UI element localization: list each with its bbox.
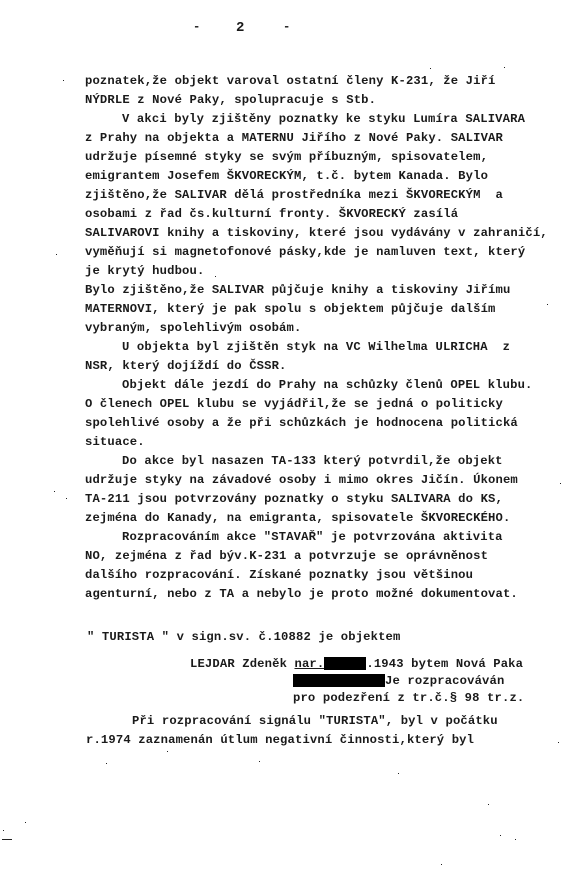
text-line: zejména do Kanady, na emigranta, spisova… [85, 509, 510, 527]
redaction-birthdate [324, 657, 366, 670]
subject-residence: bytem Nová Paka [404, 657, 523, 671]
scan-speck [3, 830, 4, 831]
scan-speck [56, 254, 57, 255]
born-year: .1943 [366, 657, 403, 671]
text-line: MATERNOVI, který je pak spolu s objektem… [85, 300, 496, 318]
page-number: 2 [236, 20, 245, 36]
text-line: SALIVAROVI knihy a tiskoviny, které jsou… [85, 224, 548, 242]
scan-speck [63, 80, 64, 81]
scan-speck [398, 773, 399, 774]
scan-speck [2, 839, 12, 840]
text-line: agenturní, nebo z TA a nebylo je proto m… [85, 585, 518, 603]
page-header: - 2 - [0, 20, 584, 40]
scan-speck [504, 67, 505, 68]
text-line: zjištěno,že SALIVAR dělá prostředníka me… [85, 186, 503, 204]
text-line: poznatek,že objekt varoval ostatní členy… [85, 72, 496, 90]
document-page: - 2 - poznatek,že objekt varoval ostatní… [0, 0, 584, 880]
scan-speck [106, 763, 107, 764]
page-number-dash-right: - [283, 20, 290, 34]
text-line: udržuje styky na závadové osoby i mimo o… [85, 471, 518, 489]
scan-speck [259, 761, 260, 762]
text-line: vybraným, spolehlivým osobám. [85, 319, 301, 337]
turista-suspicion: pro podezření z tr.č.§ 98 tr.z. [293, 689, 524, 707]
text-line: r.1974 zaznamenán útlum negativní činnos… [86, 731, 474, 749]
text-line: Při rozpracování signálu "TURISTA", byl … [132, 712, 498, 730]
page-number-dash-left: - [193, 20, 200, 34]
scan-speck [500, 835, 501, 836]
text-line: udržuje písemné styky se svým příbuzným,… [85, 148, 488, 166]
scan-speck [66, 498, 67, 499]
scan-speck [488, 804, 489, 805]
scan-speck [558, 742, 559, 743]
text-line: U objekta byl zjištěn styk na VC Wilhelm… [122, 338, 510, 356]
subject-name: LEJDAR Zdeněk [190, 657, 295, 671]
redaction-block [293, 674, 385, 687]
scan-speck [560, 483, 561, 484]
text-line: z Prahy na objekta a MATERNU Jiřího z No… [85, 129, 503, 147]
turista-status-line: Je rozpracováván [293, 672, 504, 690]
text-line: Bylo zjištěno,že SALIVAR půjčuje knihy a… [85, 281, 510, 299]
text-line: Rozpracováním akce "STAVAŘ" je potvrzová… [122, 528, 503, 546]
text-line: emigrantem Josefem ŠKVORECKÝM, t.č. byte… [85, 167, 488, 185]
scan-speck [215, 276, 216, 277]
text-line: dalšího rozpracování. Získané poznatky j… [85, 566, 473, 584]
text-line: spolehlivé osoby a že při schůzkách je h… [85, 414, 518, 432]
scan-speck [25, 822, 26, 823]
text-line: osobami z řad čs.kulturní fronty. ŠKVORE… [85, 205, 458, 223]
text-line: NO, zejména z řad býv.K-231 a potvrzuje … [85, 547, 488, 565]
text-line: situace. [85, 433, 145, 451]
scan-speck [547, 304, 548, 305]
text-line: Do akce byl nasazen TA-133 který potvrdi… [122, 452, 503, 470]
scan-speck [430, 68, 431, 69]
scan-speck [54, 491, 55, 492]
text-line: V akci byly zjištěny poznatky ke styku L… [122, 110, 525, 128]
text-line: NÝDRLE z Nové Paky, spolupracuje s Stb. [85, 91, 376, 109]
turista-heading: " TURISTA " v sign.sv. č.10882 je objekt… [87, 628, 400, 646]
text-line: TA-211 jsou potvrzovány poznatky o styku… [85, 490, 503, 508]
text-line: je krytý hudbou. [85, 262, 204, 280]
scan-speck [167, 751, 168, 752]
born-label: nar. [295, 657, 325, 671]
scan-speck [515, 839, 516, 840]
text-line: vyměňují si magnetofonové pásky,kde je n… [85, 243, 525, 261]
text-line: Objekt dále jezdí do Prahy na schůzky čl… [122, 376, 533, 394]
turista-subject-line: LEJDAR Zdeněk nar..1943 bytem Nová Paka [190, 655, 523, 673]
text-line: NSR, který dojíždí do ČSSR. [85, 357, 287, 375]
turista-status: Je rozpracováván [385, 674, 504, 688]
text-line: O členech OPEL klubu se vyjádřil,že se j… [85, 395, 503, 413]
scan-speck [441, 864, 442, 865]
